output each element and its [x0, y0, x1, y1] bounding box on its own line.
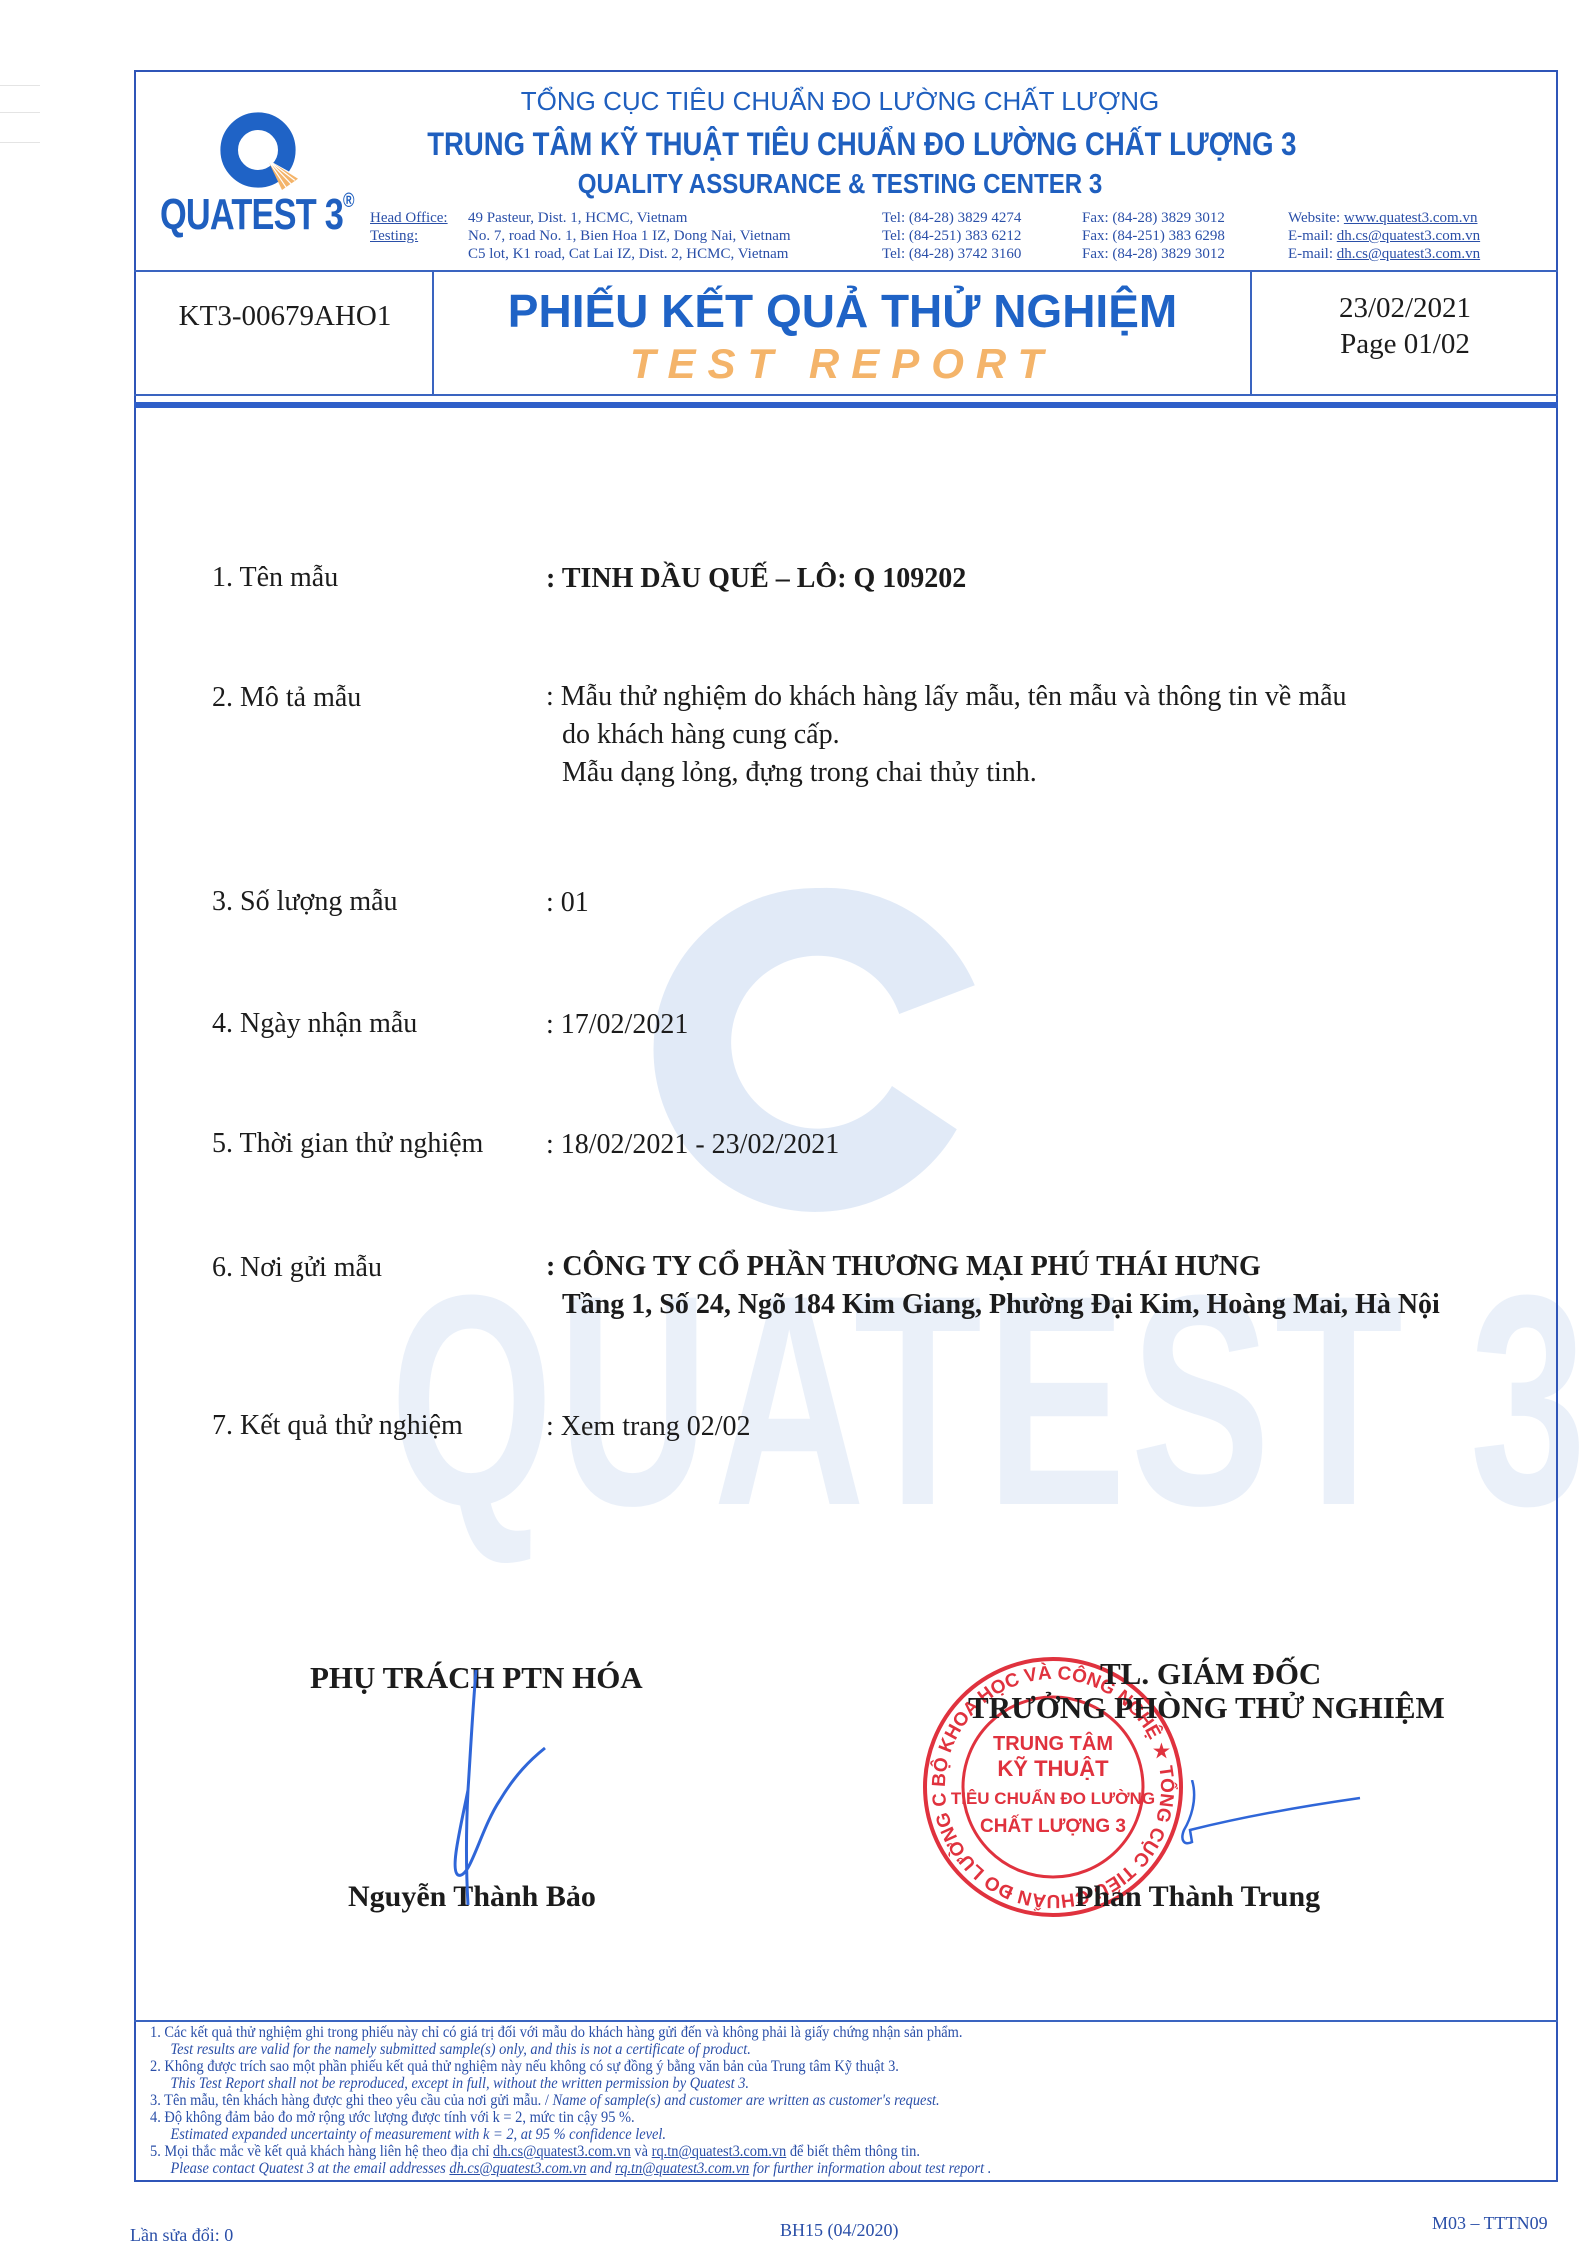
report-date-page: 23/02/2021 Page 01/02 — [1260, 290, 1550, 362]
field-value: Mẫu thử nghiệm do khách hàng lấy mẫu, tê… — [561, 681, 1347, 712]
address-labels: Head Office: Testing: — [370, 210, 448, 246]
field-sample-description: : Mẫu thử nghiệm do khách hàng lấy mẫu, … — [546, 678, 1347, 792]
report-title-en: TEST REPORT — [440, 340, 1245, 388]
field-label: 7. Kết quả thử nghiệm — [212, 1410, 463, 1442]
registered-mark: ® — [343, 190, 354, 212]
tel-line: Tel: (84-28) 3742 3160 — [882, 246, 1021, 264]
note-4-en: Estimated expanded uncertainty of measur… — [150, 2126, 991, 2143]
field-test-period: : 18/02/2021 - 23/02/2021 — [546, 1126, 839, 1164]
svg-text:KỸ THUẬT: KỸ THUẬT — [997, 1756, 1109, 1781]
field-label: 4. Ngày nhận mẫu — [212, 1008, 417, 1040]
report-title-vn: PHIẾU KẾT QUẢ THỬ NGHIỆM — [440, 284, 1245, 338]
note-2-en: This Test Report shall not be reproduced… — [150, 2075, 991, 2092]
note-5-en: Please contact Quatest 3 at the email ad… — [150, 2160, 991, 2177]
field-value: Mẫu dạng lỏng, đựng trong chai thủy tinh… — [546, 754, 1347, 792]
note-3: 3. Tên mẫu, tên khách hàng được ghi theo… — [150, 2092, 991, 2109]
fax-line: Fax: (84-251) 383 6298 — [1082, 228, 1225, 246]
svg-text:TRUNG TÂM: TRUNG TÂM — [993, 1731, 1113, 1755]
email-link[interactable]: dh.cs@quatest3.com.vn — [1337, 228, 1480, 244]
tel-list: Tel: (84-28) 3829 4274 Tel: (84-251) 383… — [882, 210, 1021, 264]
note-3-vn: 3. Tên mẫu, tên khách hàng được ghi theo… — [150, 2092, 552, 2109]
svg-text:CHẤT LƯỢNG 3: CHẤT LƯỢNG 3 — [980, 1815, 1126, 1837]
address-line: C5 lot, K1 road, Cat Lai IZ, Dist. 2, HC… — [468, 246, 791, 264]
field-value: Tầng 1, Số 24, Ngõ 184 Kim Giang, Phường… — [546, 1286, 1440, 1324]
logo-wordmark: QUATEST 3® — [160, 190, 354, 240]
divider — [1250, 270, 1252, 396]
field-value: 18/02/2021 - 23/02/2021 — [561, 1129, 839, 1160]
note-5-vn: 5. Mọi thắc mắc về kết quả khách hàng li… — [150, 2143, 991, 2160]
note-text: và — [631, 2143, 652, 2160]
note-4-vn: 4. Độ không đảm bảo đo mở rộng ước lượng… — [150, 2109, 991, 2126]
field-received-date: : 17/02/2021 — [546, 1006, 688, 1044]
email-label: E-mail: — [1288, 246, 1337, 262]
head-office-label: Head Office: — [370, 210, 448, 226]
tel-line: Tel: (84-251) 383 6212 — [882, 228, 1021, 246]
field-value: 17/02/2021 — [561, 1009, 689, 1040]
logo-text: QUATEST 3 — [160, 190, 343, 239]
address-line: No. 7, road No. 1, Bien Hoa 1 IZ, Dong N… — [468, 228, 791, 246]
signature-right-icon — [1170, 1780, 1370, 1860]
center-name-en: QUALITY ASSURANCE & TESTING CENTER 3 — [427, 168, 1253, 200]
divider — [134, 394, 1558, 396]
margin-line — [0, 142, 40, 143]
note-text: để biết thêm thông tin. — [786, 2143, 920, 2160]
email-label: E-mail: — [1288, 228, 1337, 244]
tel-line: Tel: (84-28) 3829 4274 — [882, 210, 1021, 228]
revision-number: Lần sửa đổi: 0 — [130, 2225, 233, 2245]
website-link[interactable]: www.quatest3.com.vn — [1344, 210, 1478, 226]
agency-name: TỔNG CỤC TIÊU CHUẨN ĐO LƯỜNG CHẤT LƯỢNG — [360, 86, 1320, 117]
note-3-en: Name of sample(s) and customer are writt… — [552, 2092, 939, 2109]
email-link[interactable]: rq.tn@quatest3.com.vn — [652, 2143, 787, 2160]
field-label: 2. Mô tả mẫu — [212, 682, 361, 714]
margin-line — [0, 112, 40, 113]
divider — [134, 270, 1558, 272]
note-1-vn: 1. Các kết quả thử nghiệm ghi trong phiế… — [150, 2024, 991, 2041]
note-2-vn: 2. Không được trích sao một phần phiếu k… — [150, 2058, 991, 2075]
field-value: CÔNG TY CỔ PHẦN THƯƠNG MẠI PHÚ THÁI HƯNG — [562, 1251, 1260, 1282]
quatest-logo-icon — [218, 110, 298, 190]
field-sample-quantity: : 01 — [546, 884, 589, 922]
email-link[interactable]: rq.tn@quatest3.com.vn — [615, 2160, 749, 2177]
note-text: for further information about test repor… — [749, 2160, 991, 2177]
note-text: 5. Mọi thắc mắc về kết quả khách hàng li… — [150, 2143, 493, 2160]
signer-right-title-1: TL. GIÁM ĐỐC — [1100, 1656, 1321, 1692]
svg-text:TIÊU CHUẨN ĐO LƯỜNG: TIÊU CHUẨN ĐO LƯỜNG — [951, 1789, 1155, 1808]
field-value: do khách hàng cung cấp. — [546, 716, 1347, 754]
disclaimer-notes: 1. Các kết quả thử nghiệm ghi trong phiế… — [150, 2024, 991, 2177]
form-code: BH15 (04/2020) — [780, 2220, 899, 2241]
field-sender: : CÔNG TY CỔ PHẦN THƯƠNG MẠI PHÚ THÁI HƯ… — [546, 1248, 1440, 1324]
center-name-vn: TRUNG TÂM KỸ THUẬT TIÊU CHUẨN ĐO LƯỜNG C… — [427, 126, 1253, 163]
field-test-result: : Xem trang 02/02 — [546, 1408, 751, 1446]
signer-right-name: Phan Thành Trung — [1075, 1880, 1320, 1914]
field-label: 3. Số lượng mẫu — [212, 886, 398, 918]
report-number: KT3-00679AHO1 — [150, 300, 420, 333]
document-code: M03 – TTTN09 — [1432, 2213, 1548, 2234]
fax-list: Fax: (84-28) 3829 3012 Fax: (84-251) 383… — [1082, 210, 1225, 264]
field-sample-name: : TINH DẦU QUẾ – LÔ: Q 109202 — [546, 560, 966, 598]
margin-line — [0, 85, 40, 86]
fax-line: Fax: (84-28) 3829 3012 — [1082, 210, 1225, 228]
field-label: 5. Thời gian thử nghiệm — [212, 1128, 483, 1160]
signer-right-title-2: TRƯỞNG PHÒNG THỬ NGHIỆM — [968, 1690, 1445, 1726]
testing-label: Testing: — [370, 228, 418, 244]
field-value: 01 — [561, 887, 589, 918]
field-label: 6. Nơi gửi mẫu — [212, 1252, 382, 1284]
email-link[interactable]: dh.cs@quatest3.com.vn — [1337, 246, 1480, 262]
address-line: 49 Pasteur, Dist. 1, HCMC, Vietnam — [468, 210, 791, 228]
field-value: Xem trang 02/02 — [561, 1411, 751, 1442]
website-label: Website: — [1288, 210, 1344, 226]
divider — [134, 402, 1558, 408]
divider — [432, 270, 434, 396]
address-list: 49 Pasteur, Dist. 1, HCMC, Vietnam No. 7… — [468, 210, 791, 264]
fax-line: Fax: (84-28) 3829 3012 — [1082, 246, 1225, 264]
signature-left-icon — [420, 1660, 560, 1920]
contact-list: Website: www.quatest3.com.vn E-mail: dh.… — [1288, 210, 1480, 264]
divider — [134, 2020, 1558, 2022]
field-label: 1. Tên mẫu — [212, 562, 338, 594]
note-text: Please contact Quatest 3 at the email ad… — [170, 2160, 449, 2177]
email-link[interactable]: dh.cs@quatest3.com.vn — [449, 2160, 586, 2177]
field-value: TINH DẦU QUẾ – LÔ: Q 109202 — [562, 563, 966, 594]
note-text: and — [586, 2160, 615, 2177]
note-1-en: Test results are valid for the namely su… — [150, 2041, 991, 2058]
report-date: 23/02/2021 — [1260, 290, 1550, 326]
page-number: Page 01/02 — [1260, 326, 1550, 362]
email-link[interactable]: dh.cs@quatest3.com.vn — [493, 2143, 631, 2160]
